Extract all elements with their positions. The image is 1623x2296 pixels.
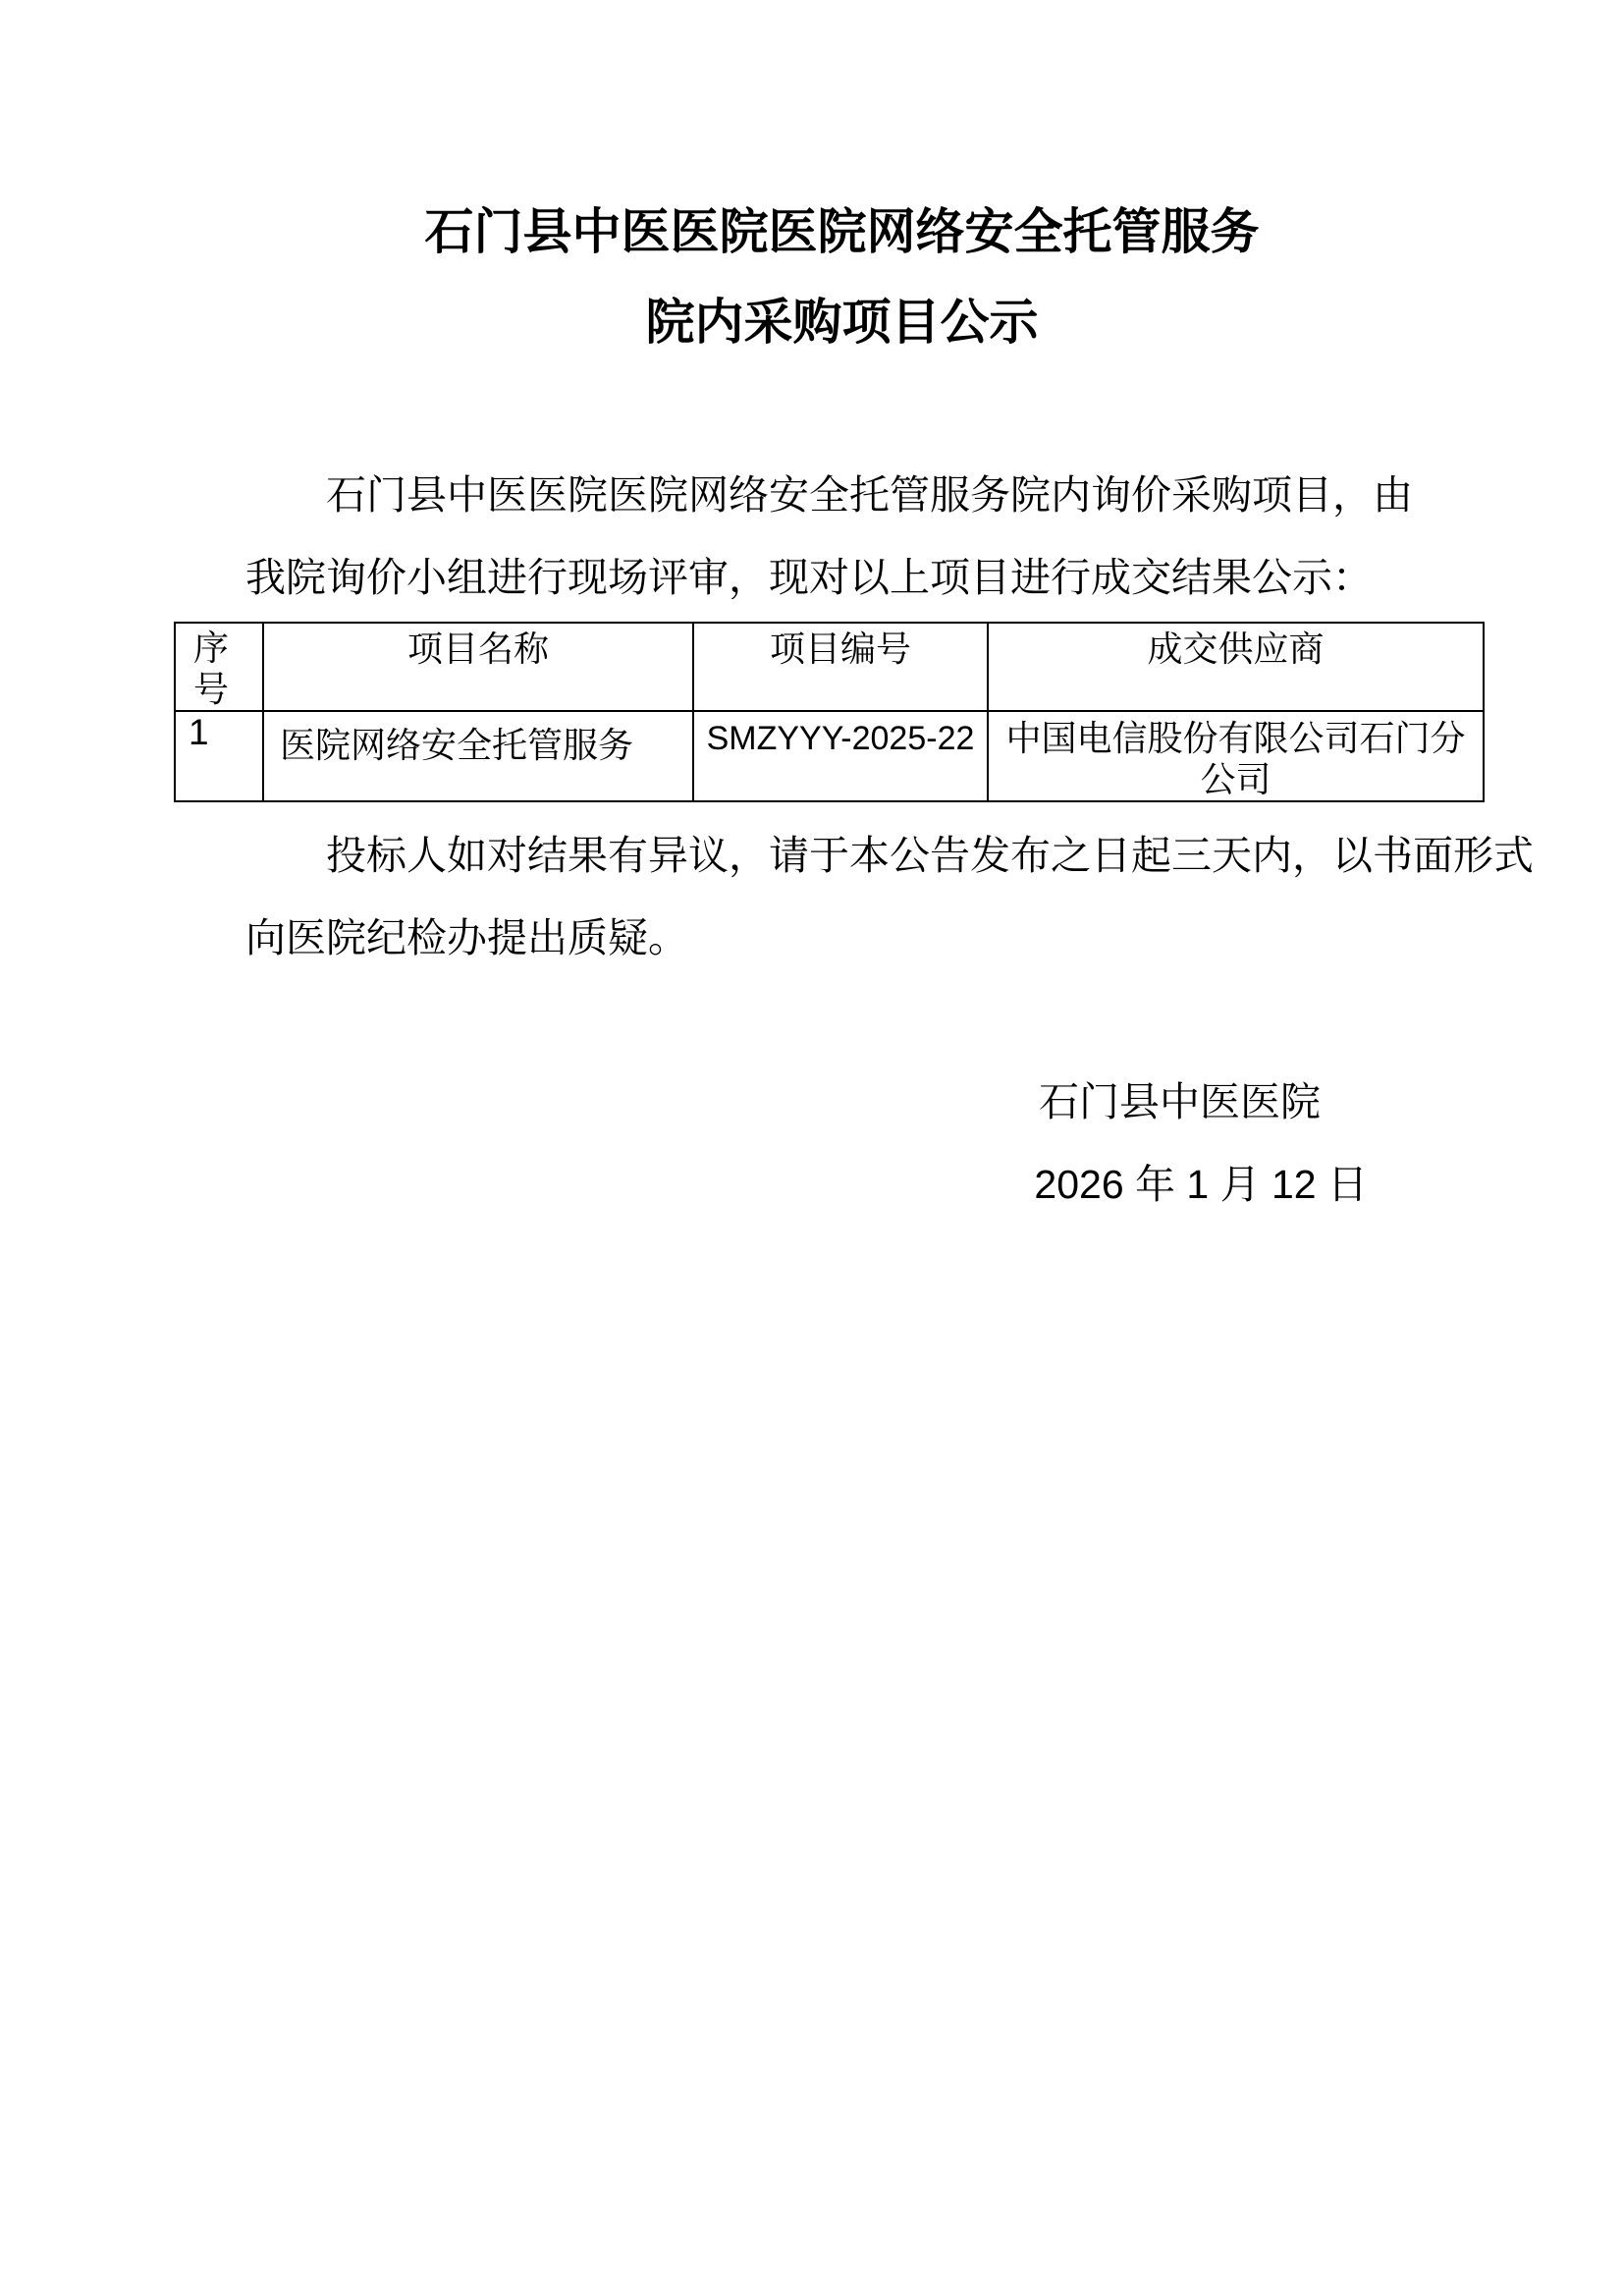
document-page: 石门县中医医院医院网络安全托管服务 院内采购项目公示 石门县中医医院医院网络安全… <box>0 0 1623 2296</box>
row-project-code: SMZYYY-2025-22 <box>693 711 988 801</box>
signature-date: 2026 年 1 月 12 日 <box>245 1143 1438 1226</box>
table-row: 1 医院网络安全托管服务 SMZYYY-2025-22 中国电信股份有限公司石门… <box>175 711 1484 801</box>
result-table: 序号 项目名称 项目编号 成交供应商 1 医院网络安全托管服务 SMZYYY-2… <box>174 622 1485 802</box>
document-content: 石门县中医医院医院网络安全托管服务 院内采购项目公示 石门县中医医院医院网络安全… <box>245 0 1438 1226</box>
signature-block: 石门县中医医院 2026 年 1 月 12 日 <box>245 1061 1438 1226</box>
intro-paragraph-line-2: 我院询价小组进行现场评审，现对以上项目进行成交结果公示： <box>245 536 1438 619</box>
row-project-name: 医院网络安全托管服务 <box>263 711 693 801</box>
objection-paragraph: 投标人如对结果有异议，请于本公告发布之日起三天内，以书面形式 向医院纪检办提出质… <box>245 814 1438 979</box>
title-line-1: 石门县中医医院医院网络安全托管服务 <box>245 187 1438 277</box>
row-winning-supplier: 中国电信股份有限公司石门分公司 <box>988 711 1484 801</box>
table-header-row: 序号 项目名称 项目编号 成交供应商 <box>175 623 1484 711</box>
intro-paragraph: 石门县中医医院医院网络安全托管服务院内询价采购项目，由 我院询价小组进行现场评审… <box>245 454 1438 619</box>
objection-paragraph-line-2: 向医院纪检办提出质疑。 <box>245 897 1438 979</box>
objection-paragraph-line-1: 投标人如对结果有异议，请于本公告发布之日起三天内，以书面形式 <box>245 814 1438 897</box>
header-index: 序号 <box>175 623 263 711</box>
header-project-code: 项目编号 <box>693 623 988 711</box>
title-line-2: 院内采购项目公示 <box>245 277 1438 367</box>
result-table-wrap: 序号 项目名称 项目编号 成交供应商 1 医院网络安全托管服务 SMZYYY-2… <box>174 622 1483 802</box>
header-winning-supplier: 成交供应商 <box>988 623 1484 711</box>
intro-paragraph-line-1: 石门县中医医院医院网络安全托管服务院内询价采购项目，由 <box>245 454 1438 536</box>
header-project-name: 项目名称 <box>263 623 693 711</box>
row-index: 1 <box>175 711 263 801</box>
document-title: 石门县中医医院医院网络安全托管服务 院内采购项目公示 <box>245 187 1438 367</box>
signature-org: 石门县中医医院 <box>245 1061 1438 1143</box>
